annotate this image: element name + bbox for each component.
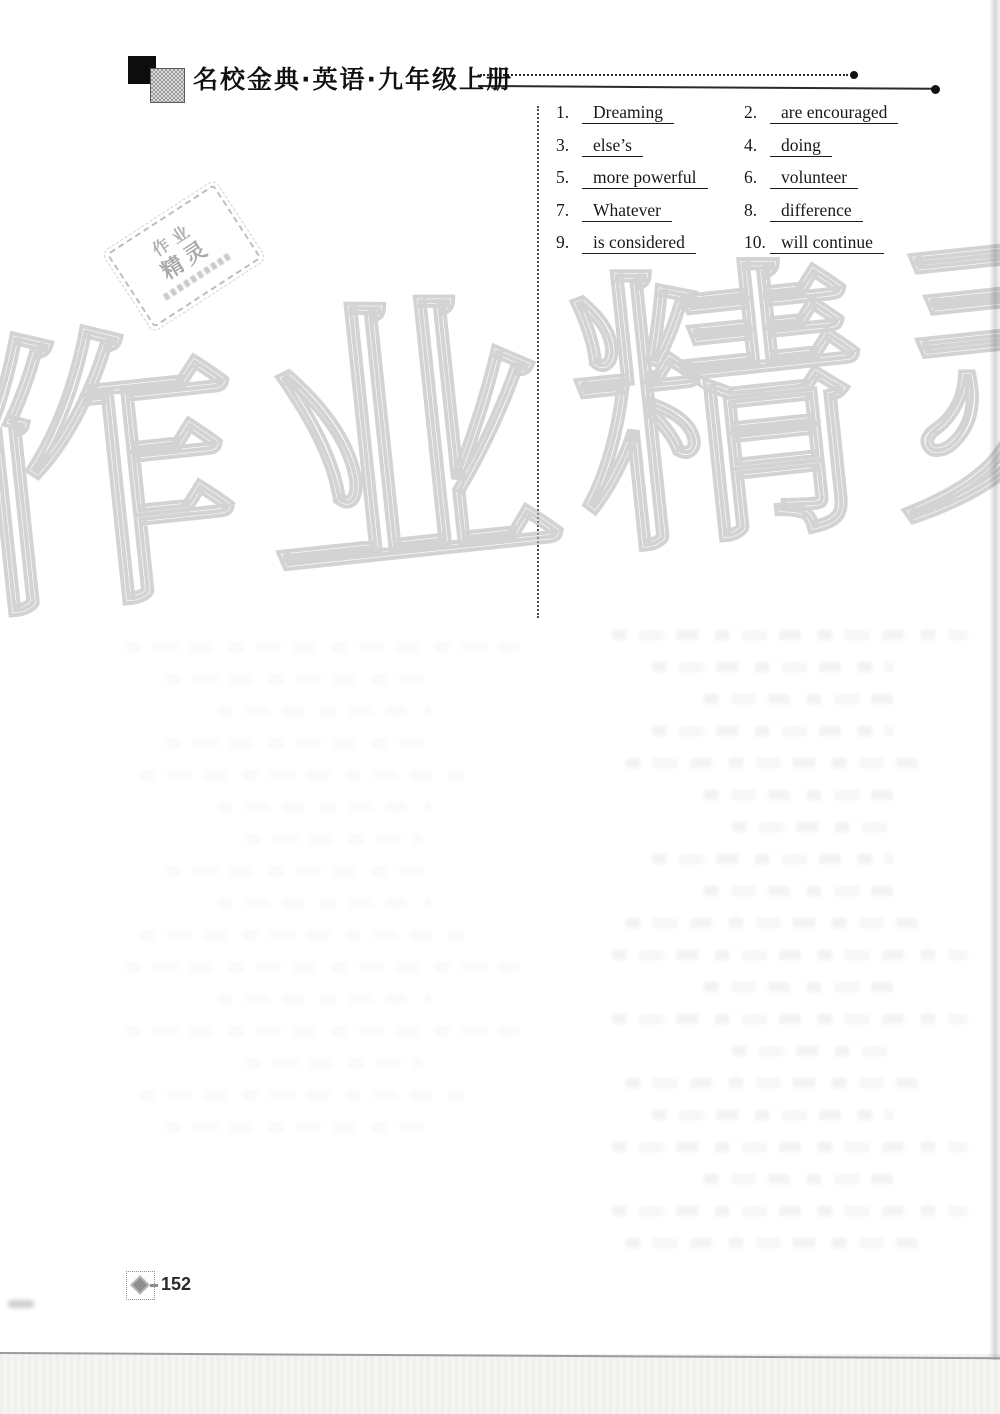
answer-number: 9.	[556, 226, 582, 259]
scanner-background	[0, 1354, 1000, 1414]
answer-key: 1.Dreaming2.are encouraged3.else’s4.doin…	[556, 96, 948, 259]
page-right-edge-shadow	[989, 0, 1000, 1360]
answer-item: 9.is considered	[556, 226, 744, 259]
answer-number: 5.	[556, 161, 582, 194]
bleed-through-left	[126, 642, 520, 1154]
diamond-icon	[130, 1275, 150, 1295]
answer-number: 1.	[556, 96, 582, 129]
header-dot-icon	[931, 85, 940, 94]
answer-text: are encouraged	[770, 102, 898, 124]
bleed-through-right	[612, 630, 968, 1270]
column-divider	[537, 106, 539, 618]
answer-item: 3.else’s	[556, 129, 744, 162]
answer-number: 7.	[556, 194, 582, 227]
header-solid-rule	[478, 85, 936, 90]
watermark-stamp: 作业 精灵	[106, 184, 261, 328]
answer-text: Whatever	[582, 200, 672, 222]
page-number: 152	[161, 1274, 191, 1295]
header-dotted-rule	[480, 74, 848, 76]
answer-text: else’s	[582, 135, 643, 157]
answer-item: 8.difference	[744, 194, 948, 227]
answer-item: 10.will continue	[744, 226, 948, 259]
answer-number: 4.	[744, 129, 770, 162]
answer-number: 8.	[744, 194, 770, 227]
answer-text: difference	[770, 200, 863, 222]
answer-number: 3.	[556, 129, 582, 162]
answer-number: 6.	[744, 161, 770, 194]
answer-text: Dreaming	[582, 102, 674, 124]
answer-text: doing	[770, 135, 832, 157]
scanned-textbook-page: { "header": { "title": "名校金典·英语·九年级上册" }…	[0, 0, 1000, 1414]
diamond-tail	[150, 1284, 158, 1287]
right-column: 1.Dreaming2.are encouraged3.else’s4.doin…	[556, 96, 948, 259]
answer-item: 5.more powerful	[556, 161, 744, 194]
answer-number: 2.	[744, 96, 770, 129]
answer-text: will continue	[770, 232, 884, 254]
page-number-box	[126, 1271, 155, 1300]
answer-text: volunteer	[770, 167, 858, 189]
answer-item: 7.Whatever	[556, 194, 744, 227]
answer-item: 1.Dreaming	[556, 96, 744, 129]
answer-item: 2.are encouraged	[744, 96, 948, 129]
logo-gray-square	[150, 68, 185, 103]
answer-number: 10.	[744, 226, 770, 259]
answer-text: more powerful	[582, 167, 708, 189]
page-title: 名校金典·英语·九年级上册	[193, 60, 513, 96]
header-dot-icon	[850, 71, 858, 79]
answer-item: 6.volunteer	[744, 161, 948, 194]
answer-text: is considered	[582, 232, 696, 254]
scan-smudge	[8, 1300, 34, 1308]
answer-item: 4.doing	[744, 129, 948, 162]
